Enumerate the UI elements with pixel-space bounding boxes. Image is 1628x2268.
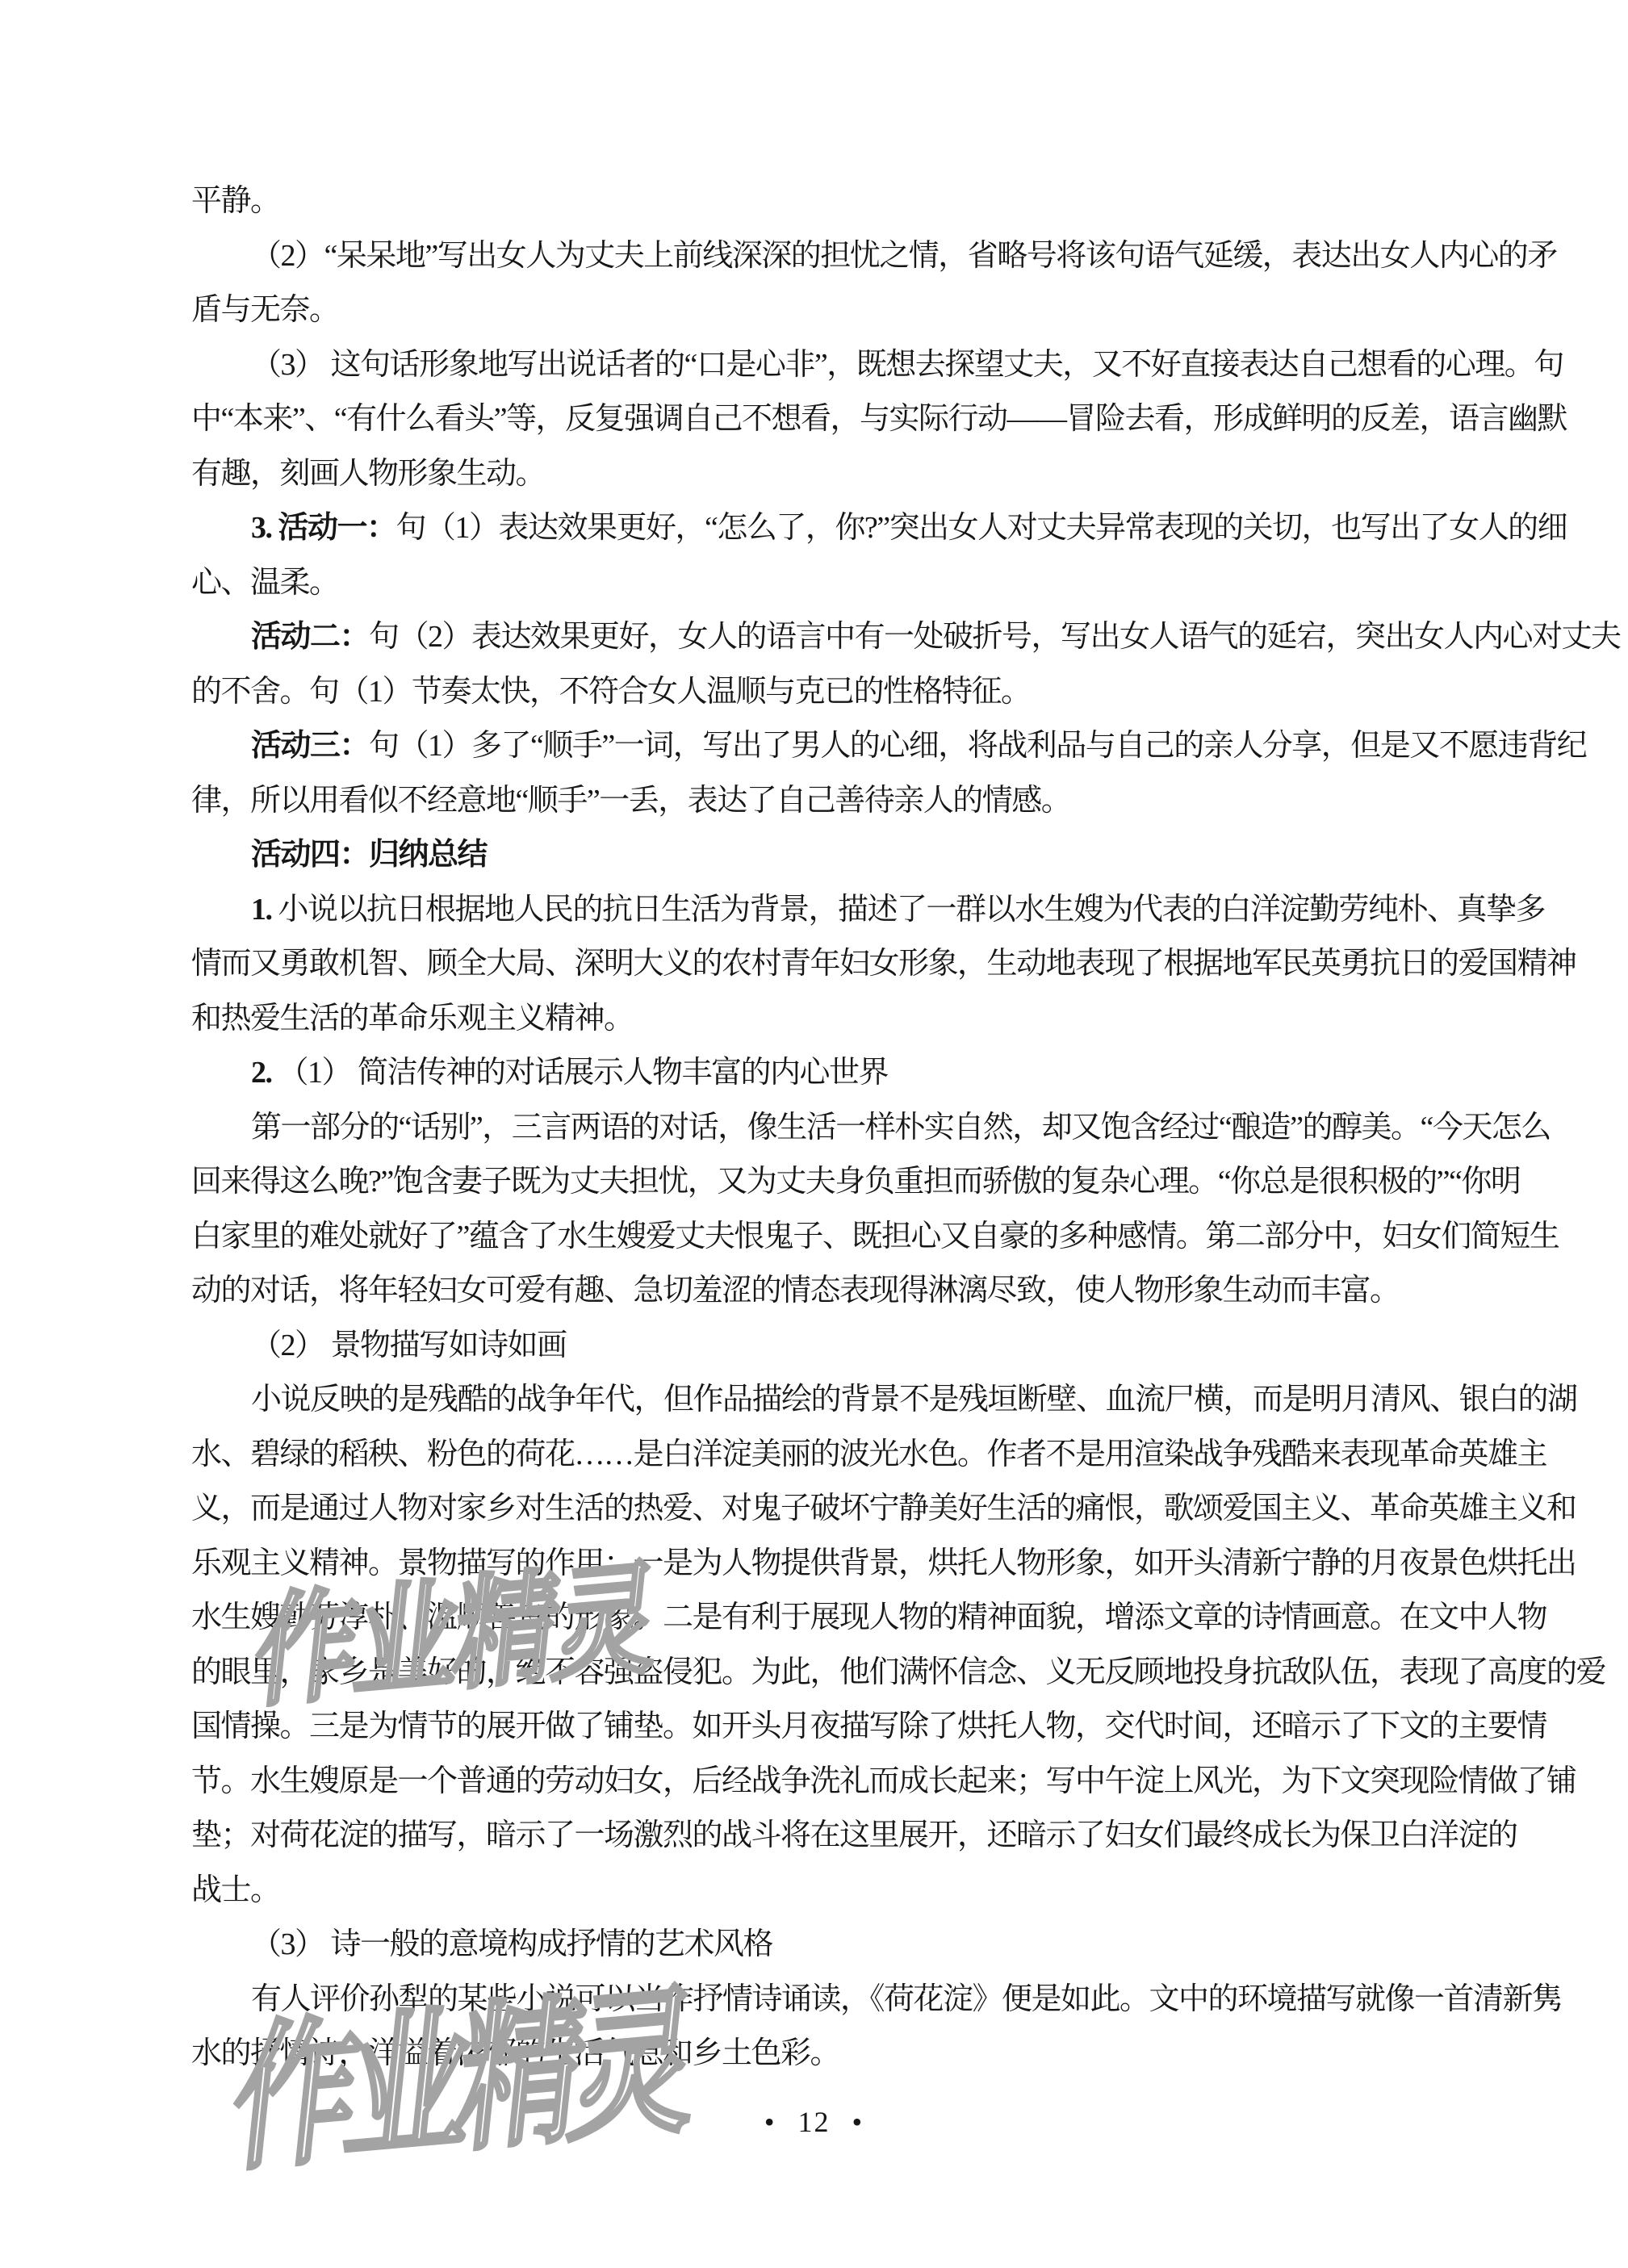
- text-line: 第一部分的“话别”，三言两语的对话，像生活一样朴实自然，却又饱含经过“酿造”的醇…: [191, 1101, 1454, 1156]
- text-line: 3. 活动一：句（1）表达效果更好，“怎么了，你?”突出女人对丈夫异常表现的关切…: [191, 501, 1454, 556]
- text-line: 有趣，刻画人物形象生动。: [191, 447, 1454, 502]
- text-line: 的不舍。句（1）节奏太快，不符合女人温顺与克已的性格特征。: [191, 665, 1454, 720]
- text-line: 回来得这么晚?”饱含妻子既为丈夫担忧，又为丈夫身负重担而骄傲的复杂心理。“你总是…: [191, 1155, 1454, 1210]
- text-line: 平静。: [191, 174, 1454, 229]
- text-line: 盾与无奈。: [191, 283, 1454, 338]
- text-line: 的眼里，家乡是美好的，绝不容强盗侵犯。为此，他们满怀信念、义无反顾地投身抗敌队伍…: [191, 1646, 1454, 1701]
- scanned-document-page: 平静。（2）“呆呆地”写出女人为丈夫上前线深深的担忧之情，省略号将该句语气延缓，…: [0, 0, 1628, 2268]
- text-line: 水的抒情诗，洋溢着浓郁的生活气息和乡土色彩。: [191, 2027, 1454, 2082]
- text-line: （3） 诗一般的意境构成抒情的艺术风格: [191, 1918, 1454, 1973]
- text-line: 节。水生嫂原是一个普通的劳动妇女，后经战争洗礼而成长起来；写中午淀上风光，为下文…: [191, 1755, 1454, 1810]
- text-line: 活动二：句（2）表达效果更好，女人的语言中有一处破折号，写出女人语气的延宕，突出…: [191, 610, 1454, 665]
- text-line: （2） 景物描写如诗如画: [191, 1319, 1454, 1374]
- text-line: 心、温柔。: [191, 556, 1454, 611]
- text-line: 律，所以用看似不经意地“顺手”一丢，表达了自己善待亲人的情感。: [191, 774, 1454, 829]
- text-line: 情而又勇敢机智、顾全大局、深明大义的农村青年妇女形象，生动地表现了根据地军民英勇…: [191, 937, 1454, 992]
- text-line: 战士。: [191, 1864, 1454, 1919]
- text-line: 中“本来”、“有什么看头”等，反复强调自己不想看，与实际行动——冒险去看，形成鲜…: [191, 392, 1454, 447]
- text-line: 有人评价孙犁的某些小说可以当作抒情诗诵读，《荷花淀》便是如此。文中的环境描写就像…: [191, 1973, 1454, 2027]
- text-line: 垫；对荷花淀的描写，暗示了一场激烈的战斗将在这里展开，还暗示了妇女们最终成长为保…: [191, 1809, 1454, 1864]
- text-line: 义，而是通过人物对家乡对生活的热爱、对鬼子破坏宁静美好生活的痛恨，歌颂爱国主义、…: [191, 1482, 1454, 1537]
- page-number: • 12 •: [764, 2105, 864, 2139]
- text-line: 国情操。三是为情节的展开做了铺垫。如开头月夜描写除了烘托人物，交代时间，还暗示了…: [191, 1700, 1454, 1755]
- text-line: 动的对话，将年轻妇女可爱有趣、急切羞涩的情态表现得淋漓尽致，使人物形象生动而丰富…: [191, 1264, 1454, 1319]
- text-line: 小说反映的是残酷的战争年代，但作品描绘的背景不是残垣断壁、血流尸横，而是明月清风…: [191, 1373, 1454, 1428]
- text-line: 白家里的难处就好了”蕴含了水生嫂爱丈夫恨鬼子、既担心又自豪的多种感情。第二部分中…: [191, 1210, 1454, 1265]
- text-line: 1. 小说以抗日根据地人民的抗日生活为背景，描述了一群以水生嫂为代表的白洋淀勤劳…: [191, 883, 1454, 938]
- text-line: （3） 这句话形象地写出说话者的“口是心非”，既想去探望丈夫，又不好直接表达自己…: [191, 338, 1454, 393]
- text-line: 水、碧绿的稻秧、粉色的荷花……是白洋淀美丽的波光水色。作者不是用渲染战争残酷来表…: [191, 1428, 1454, 1483]
- text-line: 2. （1） 简洁传神的对话展示人物丰富的内心世界: [191, 1046, 1454, 1101]
- text-line: 活动三：句（1）多了“顺手”一词，写出了男人的心细，将战利品与自己的亲人分享，但…: [191, 719, 1454, 774]
- text-line: 水生嫂勤劳淳朴、温顺善良的形象。二是有利于展现人物的精神面貌，增添文章的诗情画意…: [191, 1591, 1454, 1646]
- text-line: 和热爱生活的革命乐观主义精神。: [191, 992, 1454, 1047]
- text-lines: 平静。（2）“呆呆地”写出女人为丈夫上前线深深的担忧之情，省略号将该句语气延缓，…: [191, 174, 1454, 2082]
- text-line: （2）“呆呆地”写出女人为丈夫上前线深深的担忧之情，省略号将该句语气延缓，表达出…: [191, 229, 1454, 284]
- text-line: 乐观主义精神。景物描写的作用：一是为人物提供背景，烘托人物形象，如开头清新宁静的…: [191, 1537, 1454, 1592]
- text-line: 活动四：归纳总结: [191, 828, 1454, 883]
